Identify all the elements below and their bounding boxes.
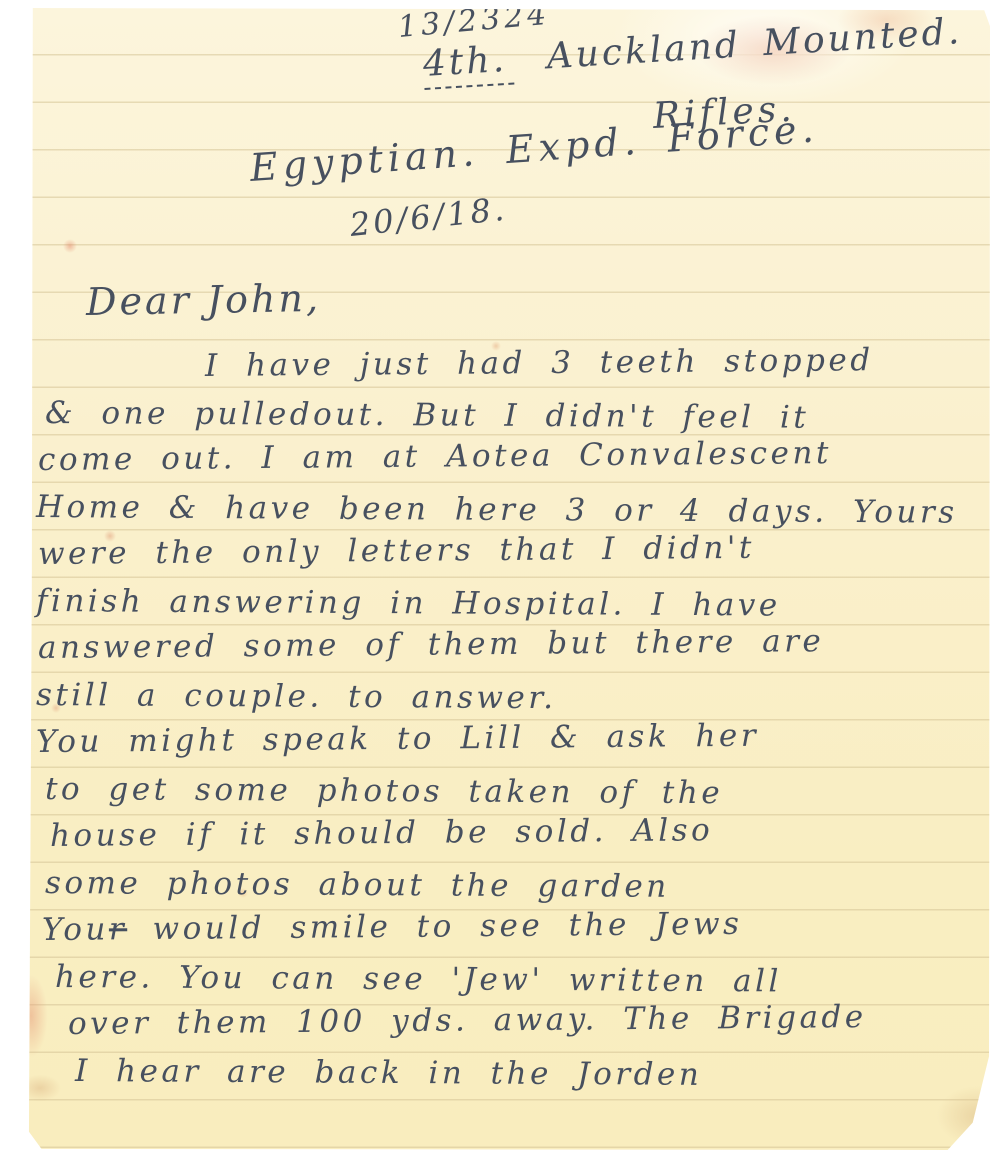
letter-date: 20/6/18. <box>348 190 509 244</box>
letter-body: I have just had 3 teeth stopped& one pul… <box>36 343 990 1095</box>
struck-text: r <box>109 911 128 947</box>
unit-ordinal: 4th. <box>422 39 515 90</box>
scanned-letter-image: 13/2324 4th.Auckland Mounted. Rifles. Eg… <box>0 0 1000 1171</box>
letter-line: Your would smile to see the Jews <box>42 899 990 954</box>
unit-name: Auckland Mounted. <box>546 11 964 77</box>
force-line: Egyptian. Expd. Force. <box>248 106 819 190</box>
letter-line: over them 100 yds. away. The Brigade <box>68 993 990 1048</box>
letter-line: were the only letters that I didn't <box>38 523 990 578</box>
letter-line: I hear are back in the Jorden <box>75 1048 990 1101</box>
text-segment: would smile to see the Jews <box>127 906 743 947</box>
letter-line: house if it should be sold. Also <box>50 805 990 860</box>
text-segment: You <box>42 911 109 948</box>
letter-line: come out. I am at Aotea Convalescent <box>38 429 990 484</box>
letter-line: I have just had 3 teeth stopped <box>205 336 990 390</box>
letter-line: You might speak to Lill & ask her <box>36 711 990 766</box>
salutation: Dear John, <box>86 276 322 324</box>
letter-line: answered some of them but there are <box>38 617 990 672</box>
letter-page: 13/2324 4th.Auckland Mounted. Rifles. Eg… <box>28 8 990 1150</box>
